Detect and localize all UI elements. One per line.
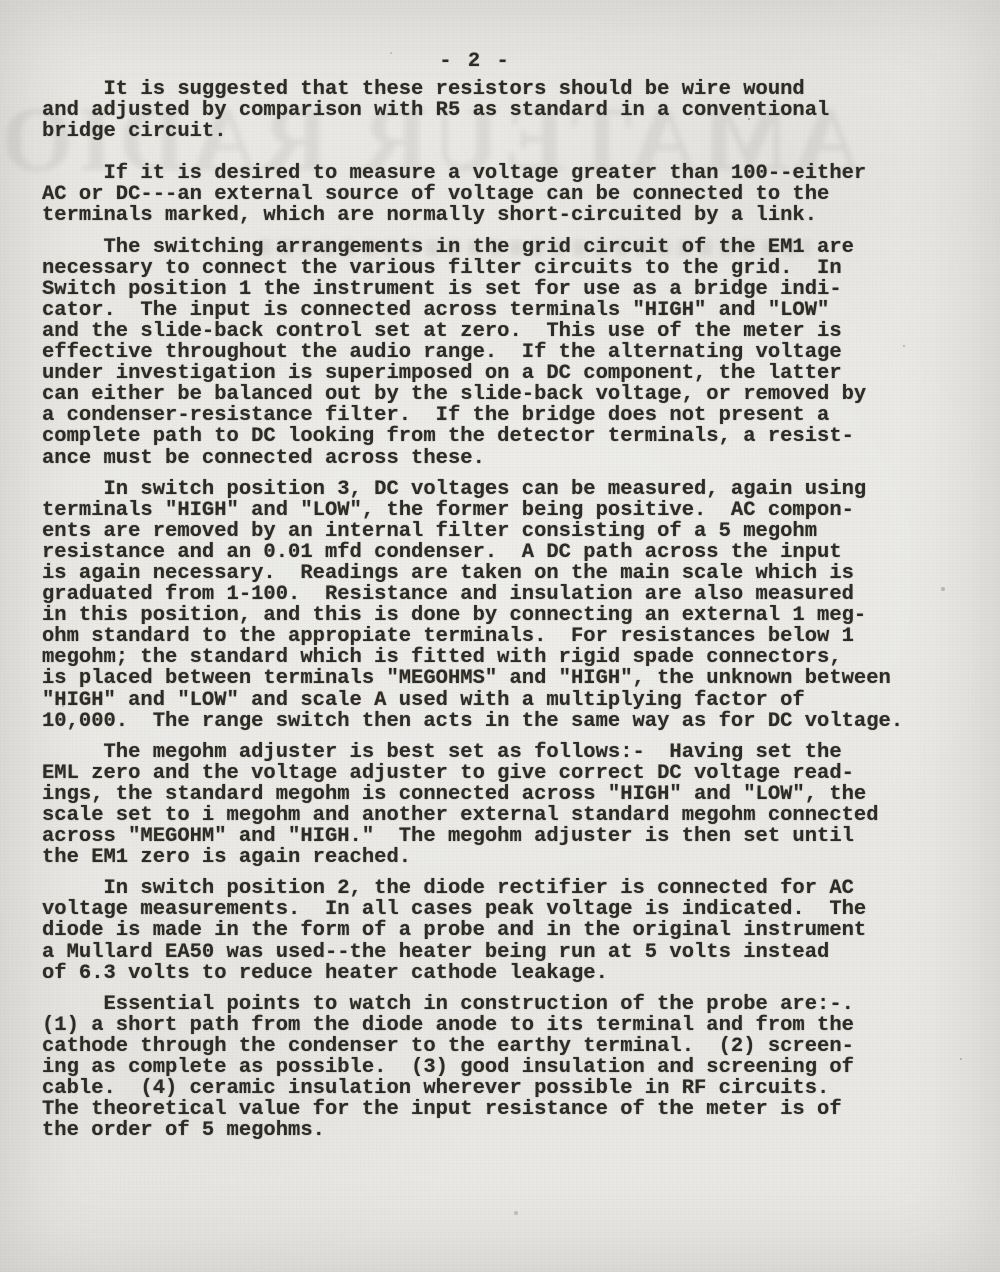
paragraph: It is suggested that these resistors sho… <box>42 79 964 142</box>
paragraph: Essential points to watch in constructio… <box>42 994 964 1142</box>
paragraph: In switch position 3, DC voltages can be… <box>42 479 964 732</box>
scan-speckles <box>0 0 2 2</box>
scanned-document-page: AMATEUR RADIO - 2 - It is suggested that… <box>0 0 1000 1272</box>
paragraph: The megohm adjuster is best set as follo… <box>42 742 964 869</box>
paragraph: The switching arrangements in the grid c… <box>42 237 964 469</box>
paragraph: If it is desired to measure a voltage gr… <box>42 163 964 226</box>
document-body: It is suggested that these resistors sho… <box>42 79 964 1151</box>
paragraph: In switch position 2, the diode rectifie… <box>42 878 964 983</box>
page-number: - 2 - <box>42 50 908 73</box>
